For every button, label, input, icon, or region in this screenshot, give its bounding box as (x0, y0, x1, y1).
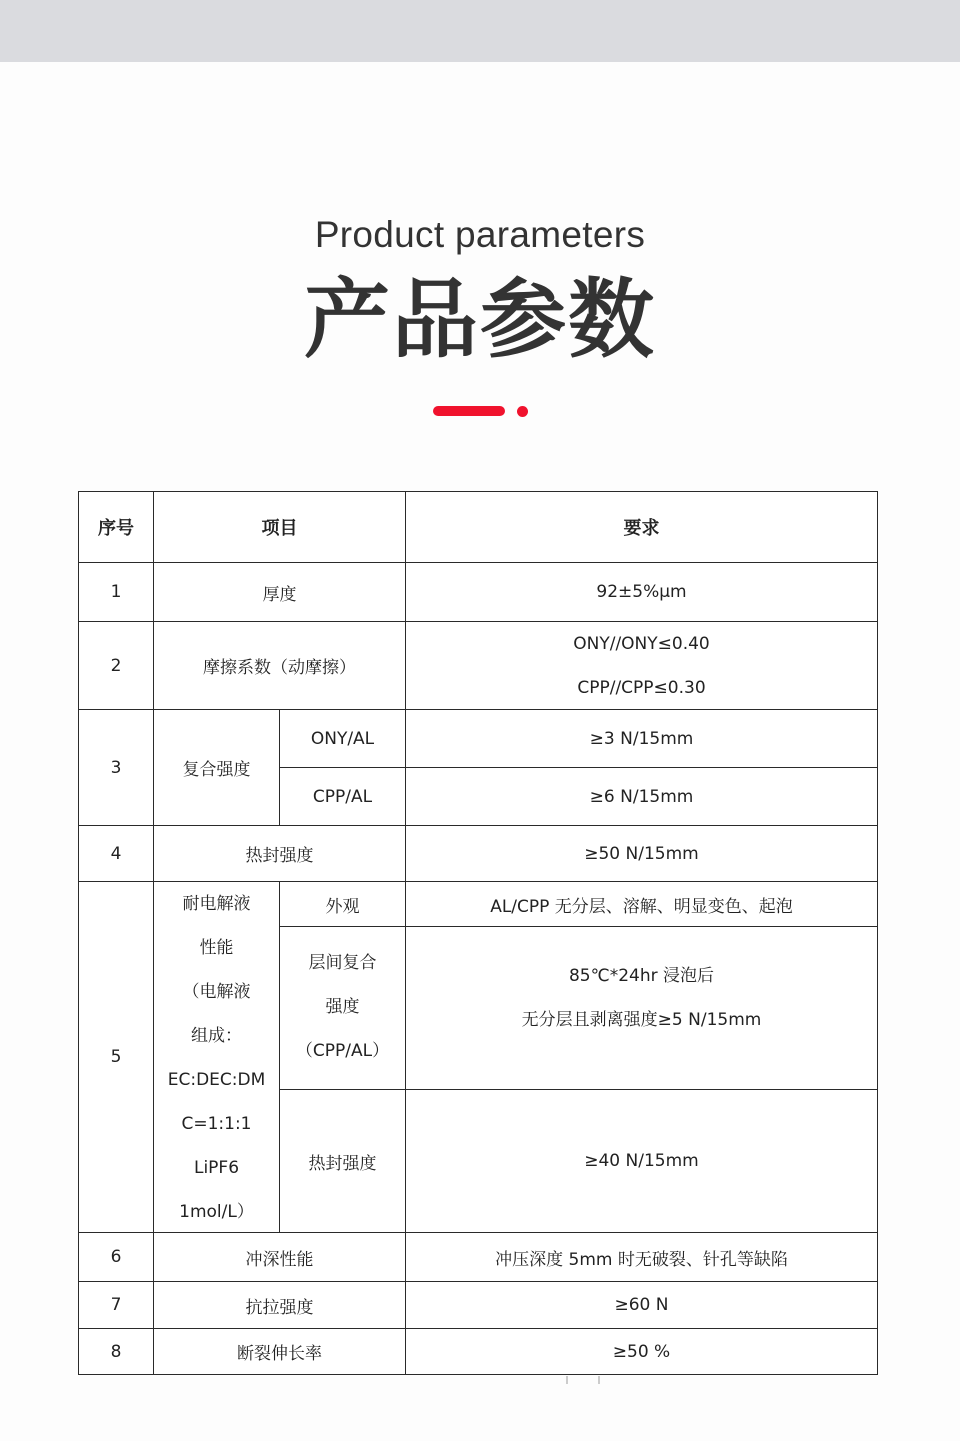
row1-requirement: 92±5%μm (405, 562, 878, 622)
row3-sub1-name: ONY/AL (279, 709, 406, 768)
row4-requirement: ≥50 N/15mm (405, 825, 878, 882)
row5-item: 耐电解液 性能 （电解液 组成： EC:DEC:DM C=1:1:1 LiPF6… (153, 881, 280, 1233)
row5-sub3-name: 热封强度 (279, 1089, 406, 1233)
row2-no: 2 (78, 621, 154, 710)
row5-sub2-name: 层间复合 强度 （CPP/AL） (279, 926, 406, 1090)
col-header-item: 项目 (153, 491, 406, 563)
row3-item: 复合强度 (153, 709, 280, 826)
title-english: Product parameters (0, 214, 960, 256)
row7-item: 抗拉强度 (153, 1281, 406, 1329)
row6-item: 冲深性能 (153, 1232, 406, 1282)
row5-no: 5 (78, 881, 154, 1233)
row3-sub1-requirement: ≥3 N/15mm (405, 709, 878, 768)
row7-no: 7 (78, 1281, 154, 1329)
top-bar (0, 0, 960, 62)
page-mark (566, 1376, 600, 1384)
row8-requirement: ≥50 % (405, 1328, 878, 1375)
row6-requirement: 冲压深度 5mm 时无破裂、针孔等缺陷 (405, 1232, 878, 1282)
row3-sub2-requirement: ≥6 N/15mm (405, 767, 878, 826)
row4-item: 热封强度 (153, 825, 406, 882)
row5-sub1-requirement: AL/CPP 无分层、溶解、明显变色、起泡 (405, 881, 878, 927)
col-header-requirement: 要求 (405, 491, 878, 563)
row4-no: 4 (78, 825, 154, 882)
row8-item: 断裂伸长率 (153, 1328, 406, 1375)
parameters-table: 序号 项目 要求 1 厚度 92±5%μm 2 摩擦系数（动摩擦） ONY//O… (78, 491, 878, 1374)
row3-sub2-name: CPP/AL (279, 767, 406, 826)
title-chinese: 产品参数 (0, 268, 960, 372)
accent-dot (517, 406, 528, 417)
col-header-no: 序号 (78, 491, 154, 563)
accent-bar (433, 406, 505, 416)
row8-no: 8 (78, 1328, 154, 1375)
row7-requirement: ≥60 N (405, 1281, 878, 1329)
row2-requirement: ONY//ONY≤0.40 CPP//CPP≤0.30 (405, 621, 878, 710)
row5-sub2-requirement: 85℃*24hr 浸泡后 无分层且剥离强度≥5 N/15mm (405, 926, 878, 1090)
row5-sub1-name: 外观 (279, 881, 406, 927)
row1-item: 厚度 (153, 562, 406, 622)
row2-item: 摩擦系数（动摩擦） (153, 621, 406, 710)
row3-no: 3 (78, 709, 154, 826)
row6-no: 6 (78, 1232, 154, 1282)
row5-sub3-requirement: ≥40 N/15mm (405, 1089, 878, 1233)
row1-no: 1 (78, 562, 154, 622)
